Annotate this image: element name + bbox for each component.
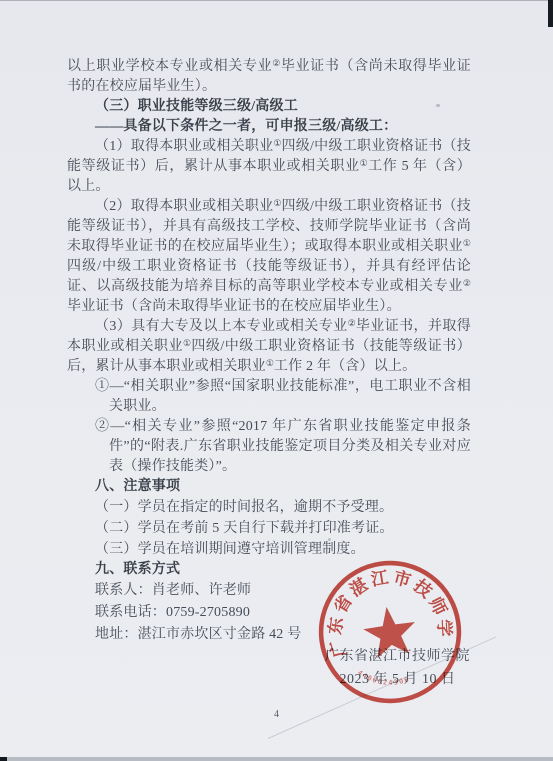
official-seal-stamp: 广东省湛江市技师学院 4406024306 [304,546,476,718]
footnote-2: ②—“相关专业”参照“2017 年广东省职业技能鉴定申报条件”的“附表.广东省职… [67,417,471,477]
paragraph-continuation: 以上职业学校本专业或相关专业②毕业证书（含尚未取得毕业证书的在校应届毕业生）。 [67,57,471,97]
seal-serial-number: 4406024306 [355,662,411,692]
scan-right-edge-artifact [548,0,553,27]
scan-bottom-corner-artifact [0,757,7,761]
section3-heading: （三）职业技能等级三级/高级工 [67,97,471,117]
condition-item-3: （3）具有大专及以上本专业或相关专业②毕业证书，并取得本职业或相关职业①四级/中… [67,317,471,377]
footnote-1: ①—“相关职业”参照“国家职业技能标准”，电工职业不含相关职业。 [67,377,471,417]
condition-item-1: （1）取得本职业或相关职业①四级/中级工职业资格证书（技能等级证书）后，累计从事… [67,137,471,197]
note-item-2: （二）学员在考前 5 天自行下载并打印准考证。 [67,518,471,539]
section3-subheading: ——具备以下条件之一者，可申报三级/高级工： [67,117,471,137]
page-number: 4 [0,709,553,720]
scan-top-edge [0,0,553,1]
note-item-1: （一）学员在指定的时间报名，逾期不予受理。 [67,497,471,518]
seal-star-icon [361,603,419,659]
svg-text:4406024306: 4406024306 [355,662,411,692]
condition-item-2: （2）取得本职业或相关职业①四级/中级工职业资格证书（技能等级证书），并具有高级… [67,197,471,317]
section8-heading: 八、注意事项 [67,477,471,497]
scan-bottom-edge [0,757,553,761]
